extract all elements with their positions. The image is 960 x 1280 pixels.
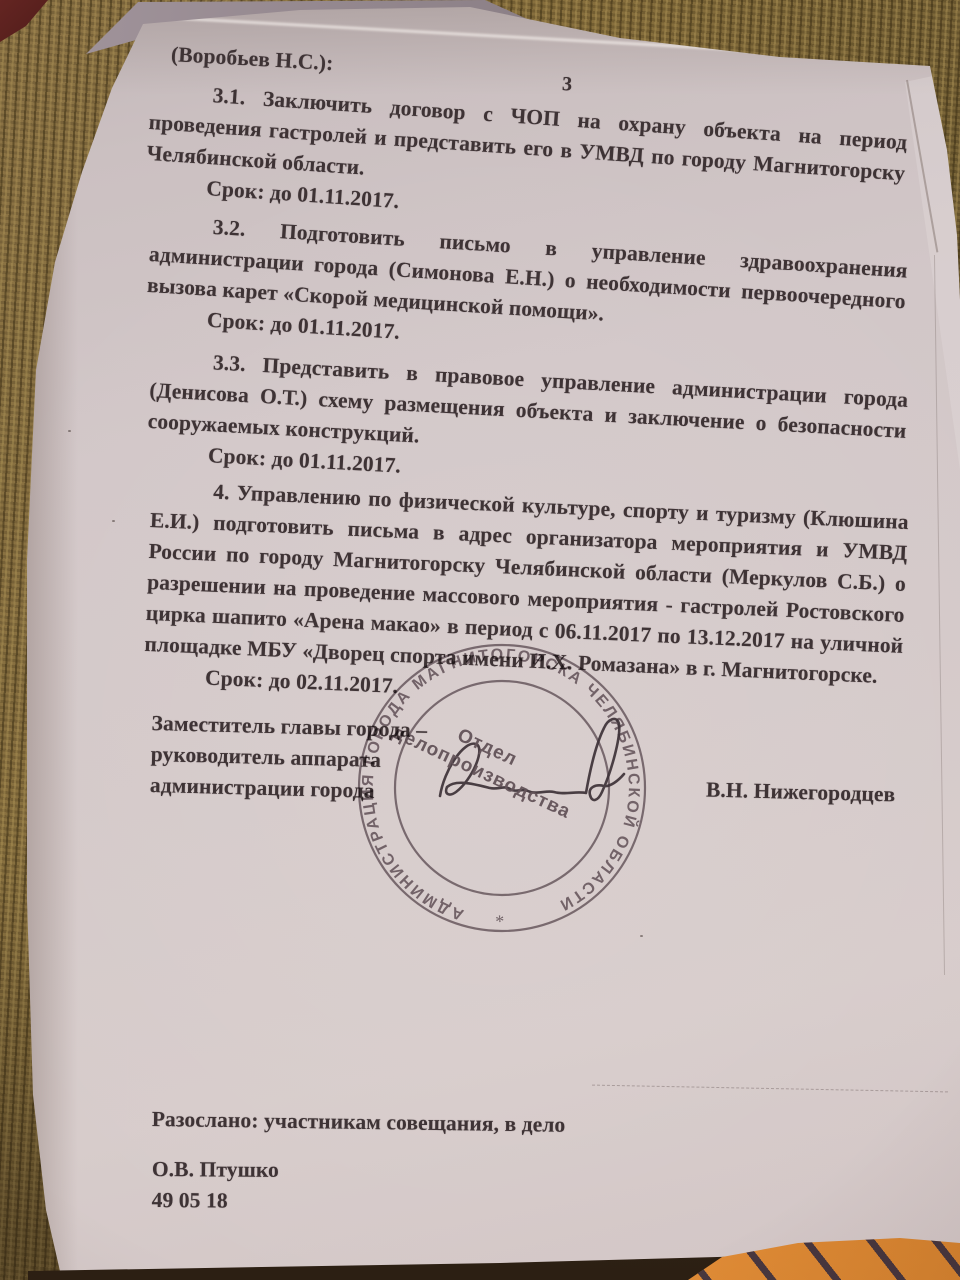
paper-speck [112, 520, 115, 522]
document-photo: (Воробьев Н.С.): 3 3.1. Заключить догово… [0, 0, 960, 1280]
executor-block: О.В. Птушко 49 05 18 [152, 1154, 910, 1221]
stamp-star: * [494, 906, 504, 927]
document-page: (Воробьев Н.С.): 3 3.1. Заключить догово… [0, 0, 960, 1280]
paper-speck [68, 430, 71, 432]
page-number: 3 [561, 69, 573, 101]
signer-name: В.Н. Нижегородцев [706, 775, 896, 811]
official-stamp: АДМИНИСТРАЦИЯ ГОРОДА МАГНИТОГОРСКА ЧЕЛЯБ… [352, 638, 652, 938]
executor-name: О.В. Птушко [152, 1154, 910, 1190]
executor-phone: 49 05 18 [152, 1185, 910, 1221]
